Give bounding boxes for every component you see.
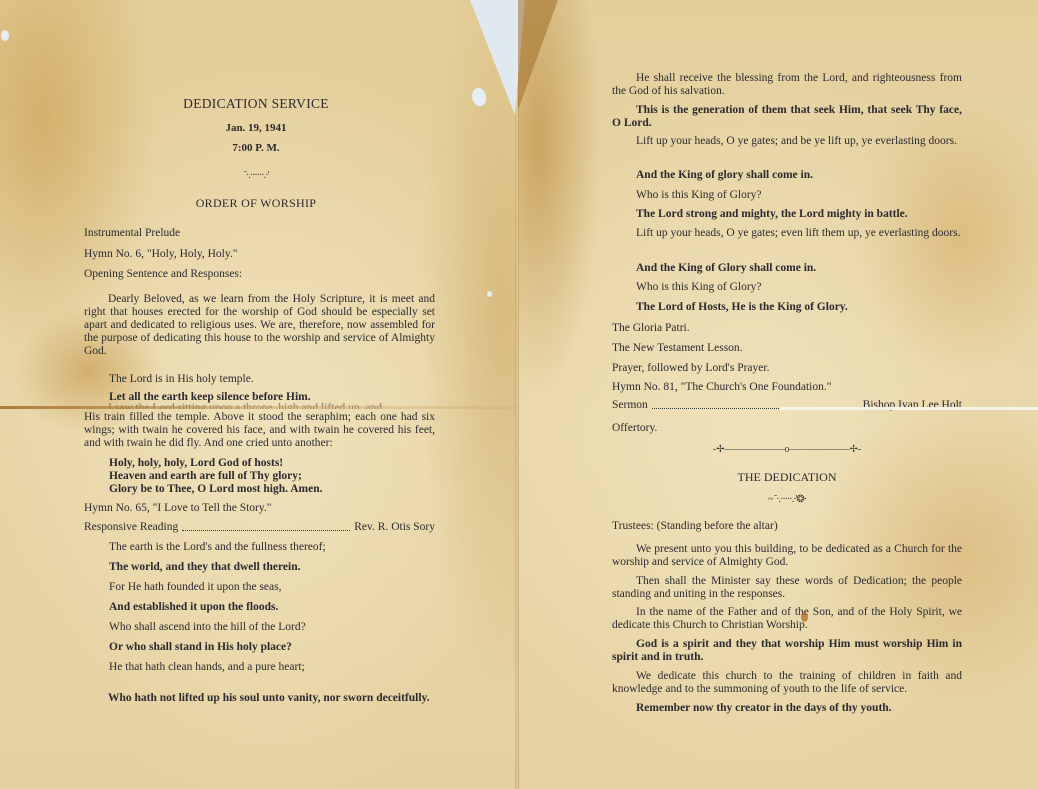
dedication-p1: We present unto you this building, to be… — [612, 543, 962, 569]
responsive-reading-leader: Rev. R. Otis Sory — [354, 521, 435, 534]
sermon-row: Sermon Bishop Ivan Lee Holt — [612, 399, 962, 412]
reading-line: Who shall ascend into the hill of the Lo… — [109, 621, 306, 634]
reading-final-line: Who hath not lifted up his soul unto van… — [84, 692, 435, 705]
response-1: The Lord is in His holy temple. — [109, 373, 254, 386]
holy-line-2: Heaven and earth are full of Thy glory; — [109, 470, 302, 483]
ornament: ˜·.······.·' — [0, 169, 512, 182]
dedication-p5: We dedicate this church to the training … — [612, 670, 962, 696]
ornament: ~ ˜·.·····.·'❂· — [612, 493, 962, 506]
item-gloria-patri: The Gloria Patri. — [612, 322, 690, 335]
reading-line: For He hath founded it upon the seas, — [109, 581, 281, 594]
service-time: 7:00 P. M. — [0, 142, 512, 155]
leader-dots — [182, 530, 350, 531]
reading-line: And established it upon the floods. — [109, 601, 278, 614]
psalm-p1: He shall receive the blessing from the L… — [612, 72, 962, 98]
service-title: DEDICATION SERVICE — [0, 97, 512, 110]
reading-line: He that hath clean hands, and a pure hea… — [109, 661, 305, 674]
dedication-p4: God is a spirit and they that worship Hi… — [612, 638, 962, 664]
torn-flap — [518, 0, 558, 110]
paper-hole — [487, 291, 492, 297]
psalm-p3: Lift up your heads, O ye gates; and be y… — [612, 135, 962, 148]
psalm-p10: The Lord of Hosts, He is the King of Glo… — [636, 301, 848, 314]
reading-line: The earth is the Lord's and the fullness… — [109, 541, 326, 554]
crease-tear — [780, 407, 1038, 410]
item-offertory: Offertory. — [612, 422, 657, 435]
responsive-reading-row: Responsive Reading Rev. R. Otis Sory — [84, 521, 435, 534]
item-hymn-6: Hymn No. 6, "Holy, Holy, Holy." — [84, 248, 237, 261]
holy-line-1: Holy, holy, holy, Lord God of hosts! — [109, 457, 283, 470]
crease — [0, 406, 517, 409]
dedication-heading: THE DEDICATION — [612, 471, 962, 484]
reading-line: The world, and they that dwell therein. — [109, 561, 300, 574]
right-page: He shall receive the blessing from the L… — [518, 0, 1038, 789]
sermon-label: Sermon — [612, 399, 648, 412]
center-fold — [515, 0, 519, 789]
service-date: Jan. 19, 1941 — [0, 122, 512, 135]
psalm-p6: The Lord strong and mighty, the Lord mig… — [636, 208, 908, 221]
item-hymn-65: Hymn No. 65, "I Love to Tell the Story." — [84, 502, 271, 515]
dearly-beloved-paragraph: Dearly Beloved, as we learn from the Hol… — [84, 293, 435, 358]
dedication-p2: Then shall the Minister say these words … — [612, 575, 962, 601]
sermon-preacher: Bishop Ivan Lee Holt — [863, 399, 962, 412]
left-page: DEDICATION SERVICE Jan. 19, 1941 7:00 P.… — [0, 0, 517, 789]
psalm-p7: Lift up your heads, O ye gates; even lif… — [612, 227, 962, 240]
psalm-p4: And the King of glory shall come in. — [636, 169, 813, 182]
stain — [801, 612, 808, 622]
torn-edge — [470, 0, 525, 115]
psalm-p5: Who is this King of Glory? — [636, 189, 762, 202]
psalm-p8: And the King of Glory shall come in. — [636, 262, 816, 275]
responsive-reading-label: Responsive Reading — [84, 521, 178, 534]
dedication-p6: Remember now thy creator in the days of … — [636, 702, 892, 715]
psalm-p9: Who is this King of Glory? — [636, 281, 762, 294]
isaiah-passage: His train filled the temple. Above it st… — [84, 411, 435, 450]
item-nt-lesson: The New Testament Lesson. — [612, 342, 743, 355]
divider-ornament: -✢——————o——————✢- — [612, 443, 962, 456]
dedication-p3: In the name of the Father and of the Son… — [612, 606, 962, 632]
order-of-worship-heading: ORDER OF WORSHIP — [0, 197, 512, 210]
item-instrumental-prelude: Instrumental Prelude — [84, 227, 180, 240]
paper-hole — [1, 30, 9, 41]
item-opening-sentence: Opening Sentence and Responses: — [84, 268, 242, 281]
psalm-p2: This is the generation of them that seek… — [612, 104, 962, 130]
reading-line: Or who shall stand in His holy place? — [109, 641, 292, 654]
trustees-line: Trustees: (Standing before the altar) — [612, 520, 778, 533]
item-prayer: Prayer, followed by Lord's Prayer. — [612, 362, 769, 375]
holy-line-3: Glory be to Thee, O Lord most high. Amen… — [109, 483, 323, 496]
item-hymn-81: Hymn No. 81, "The Church's One Foundatio… — [612, 381, 831, 394]
